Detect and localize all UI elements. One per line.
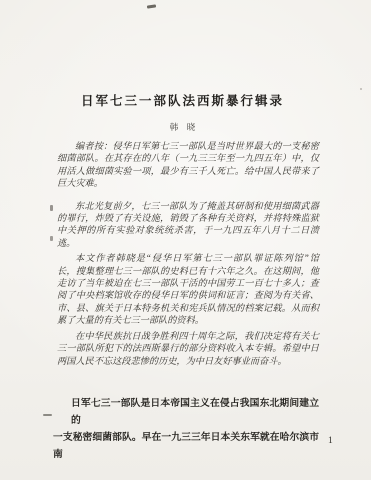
note-line: 两国人民不忘这段悲惨的历史，为中日友好事业而奋斗。 [57,355,319,367]
page-number: 1 [328,436,333,446]
scan-artifact-speck [43,414,52,416]
note-line: 三一部队所犯下的法西斯暴行的部分资料收入本专辑。希望中日 [57,342,319,354]
note-line: 在中华民族抗日战争胜利四十周年之际，我们决定将有关七 [57,330,319,342]
scan-artifact-speck [50,236,53,241]
note-line: 本文作者韩晓是“侵华日军第七三一部队罪证陈列馆”馆 [57,252,319,264]
note-line: 逃。 [57,237,319,249]
editor-note-paragraph-4: 在中华民族抗日战争胜利四十周年之际，我们决定将有关七 三一部队所犯下的法西斯暴行… [57,330,319,367]
editor-note: 编者按：侵华日军第七三一部队是当时世界最大的一支秘密 细菌部队。在其存在的八年（… [57,140,319,370]
note-line: 走访了当年被迫在七三一部队干活的中国劳工一百七十多人；查 [57,277,319,289]
note-line: 的罪行，炸毁了有关设施，销毁了各种有关资料，并将特殊监狱 [57,212,319,224]
page-title: 日军七三一部队法西斯暴行辑录 [0,91,365,109]
note-line: 用活人做细菌实验一项，最少有三千人死亡。给中国人民带来了 [57,165,319,177]
note-line: 市、县、旗关于日本特务机关和宪兵队情况的档案记载。从而积 [57,302,319,314]
author-name: 韩 晓 [0,121,365,133]
editor-note-paragraph-2: 东北光复前夕，七三一部队为了掩盖其研制和使用细菌武器 的罪行，炸毁了有关设施，销… [57,200,319,250]
body-line: 日军七三一部队是日本帝国主义在侵占我国东北期间建立的 [53,395,319,429]
note-line: 阅了中央档案馆收存的侵华日军的供词和证言；查阅为有关省、 [57,289,319,301]
note-line: 累了大量的有关七三一部队的资料。 [57,314,319,326]
note-line: 东北光复前夕，七三一部队为了掩盖其研制和使用细菌武器 [57,200,319,212]
scanned-book-page: 日军七三一部队法西斯暴行辑录 韩 晓 编者按：侵华日军第七三一部队是当时世界最大… [0,0,371,480]
note-line: 巨大灾难。 [57,177,319,189]
note-line: 编者按：侵华日军第七三一部队是当时世界最大的一支秘密 [57,140,319,152]
body-line: 一支秘密细菌部队。早在一九三三年日本关东军就在哈尔滨市南 [53,429,319,463]
main-body-text: 日军七三一部队是日本帝国主义在侵占我国东北期间建立的 一支秘密细菌部队。早在一九… [53,395,319,463]
editor-note-paragraph-1: 编者按：侵华日军第七三一部队是当时世界最大的一支秘密 细菌部队。在其存在的八年（… [57,140,319,190]
scan-artifact-speck [147,4,156,8]
note-line: 长，搜集整理七三一部队的史料已有十六年之久。在这期间，他 [57,265,319,277]
scan-artifact-speck [360,88,362,90]
scan-artifact-speck [50,205,53,211]
note-line: 细菌部队。在其存在的八年（一九三三年至一九四五年）中，仅 [57,152,319,164]
note-line: 中关押的所有实验对象统统杀害，于一九四五年八月十二日溃 [57,224,319,236]
editor-note-paragraph-3: 本文作者韩晓是“侵华日军第七三一部队罪证陈列馆”馆 长，搜集整理七三一部队的史料… [57,252,319,326]
